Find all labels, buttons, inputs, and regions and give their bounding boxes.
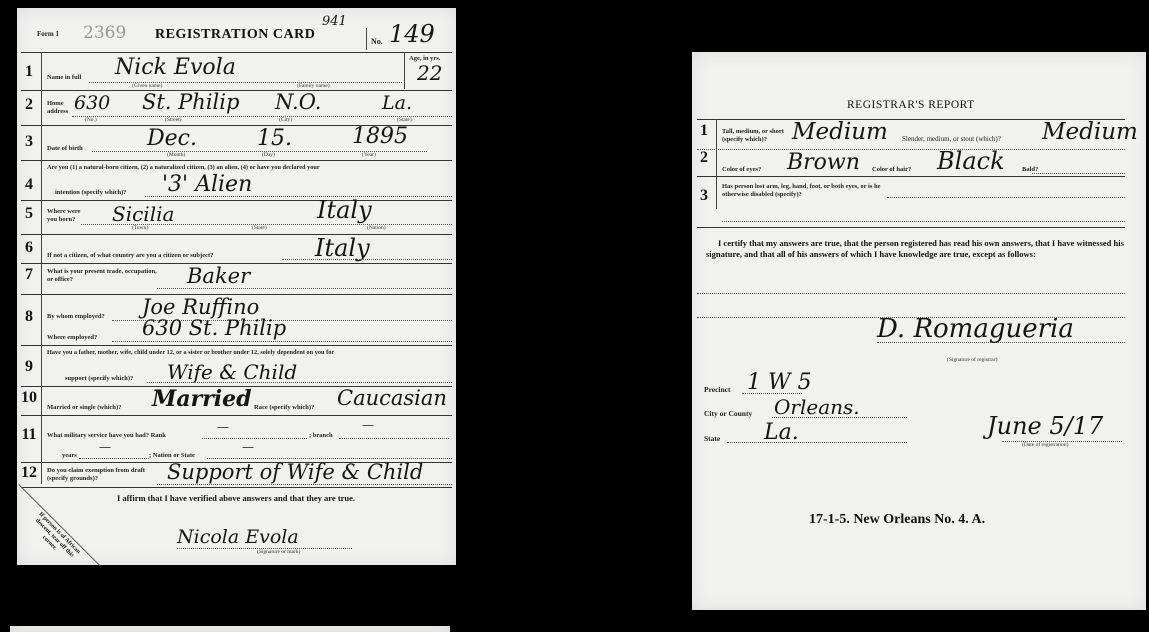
registrar-signature: D. Romagueria [877,314,1074,344]
marital-status-value: Married [152,386,252,412]
race-value: Caucasian [337,386,447,410]
birth-month: Dec. [147,126,197,151]
address-number: 630 [74,92,110,114]
birth-day: 15. [257,126,292,151]
corner-note: If person is of African descent, tear of… [22,506,86,570]
name-value: Nick Evola [115,55,236,80]
height-value: Medium [792,119,888,145]
registrar-report-title: REGISTRAR'S REPORT [847,99,975,111]
no-label: No. [371,38,383,46]
title-annotation: 941 [322,14,347,29]
registrant-signature: Nicola Evola [177,526,299,548]
registration-date-value: June 5/17 [987,412,1103,440]
build-value: Medium [1042,119,1138,145]
birth-town: Sicilia [112,202,174,226]
registration-card-back: REGISTRAR'S REPORT 1 Tall, medium, or sh… [692,52,1146,610]
rank-value: — [217,420,229,434]
eye-color-value: Brown [787,150,860,175]
years-value: — [99,440,111,454]
registration-card-front: Form 1 2369 REGISTRATION CARD 941 No. 14… [17,8,456,565]
branch-value: — [362,418,374,432]
address-city: N.O. [275,90,321,114]
age-value: 22 [417,61,442,85]
birth-nation: Italy [317,196,372,224]
city-value: Orleans. [774,395,860,419]
card-number: 149 [389,20,435,48]
exemption-value: Support of Wife & Child [167,460,423,484]
address-state: La. [382,92,412,114]
nation-value: — [242,440,254,454]
form-label: Form 1 [37,31,59,39]
precinct-value: 1 W 5 [747,370,812,395]
dependents-value: Wife & Child [167,360,297,384]
serial-number: 2369 [83,23,126,43]
occupation-value: Baker [187,264,250,288]
citizen-of-value: Italy [315,234,370,262]
affirmation-text: I affirm that I have verified above answ… [117,493,355,503]
address-street: St. Philip [142,90,239,114]
state-value: La. [764,420,799,445]
hair-color-value: Black [937,147,1005,175]
footer-code: 17-1-5. New Orleans No. 4. A. [809,512,985,528]
citizenship-value: '3' Alien [162,172,252,197]
employer-address-value: 630 St. Philip [142,316,286,340]
certification-text: I certify that my answers are true, that… [706,238,1124,260]
birth-year: 1895 [352,124,408,149]
next-card-edge [10,626,450,632]
card-title: REGISTRATION CARD [155,27,315,43]
